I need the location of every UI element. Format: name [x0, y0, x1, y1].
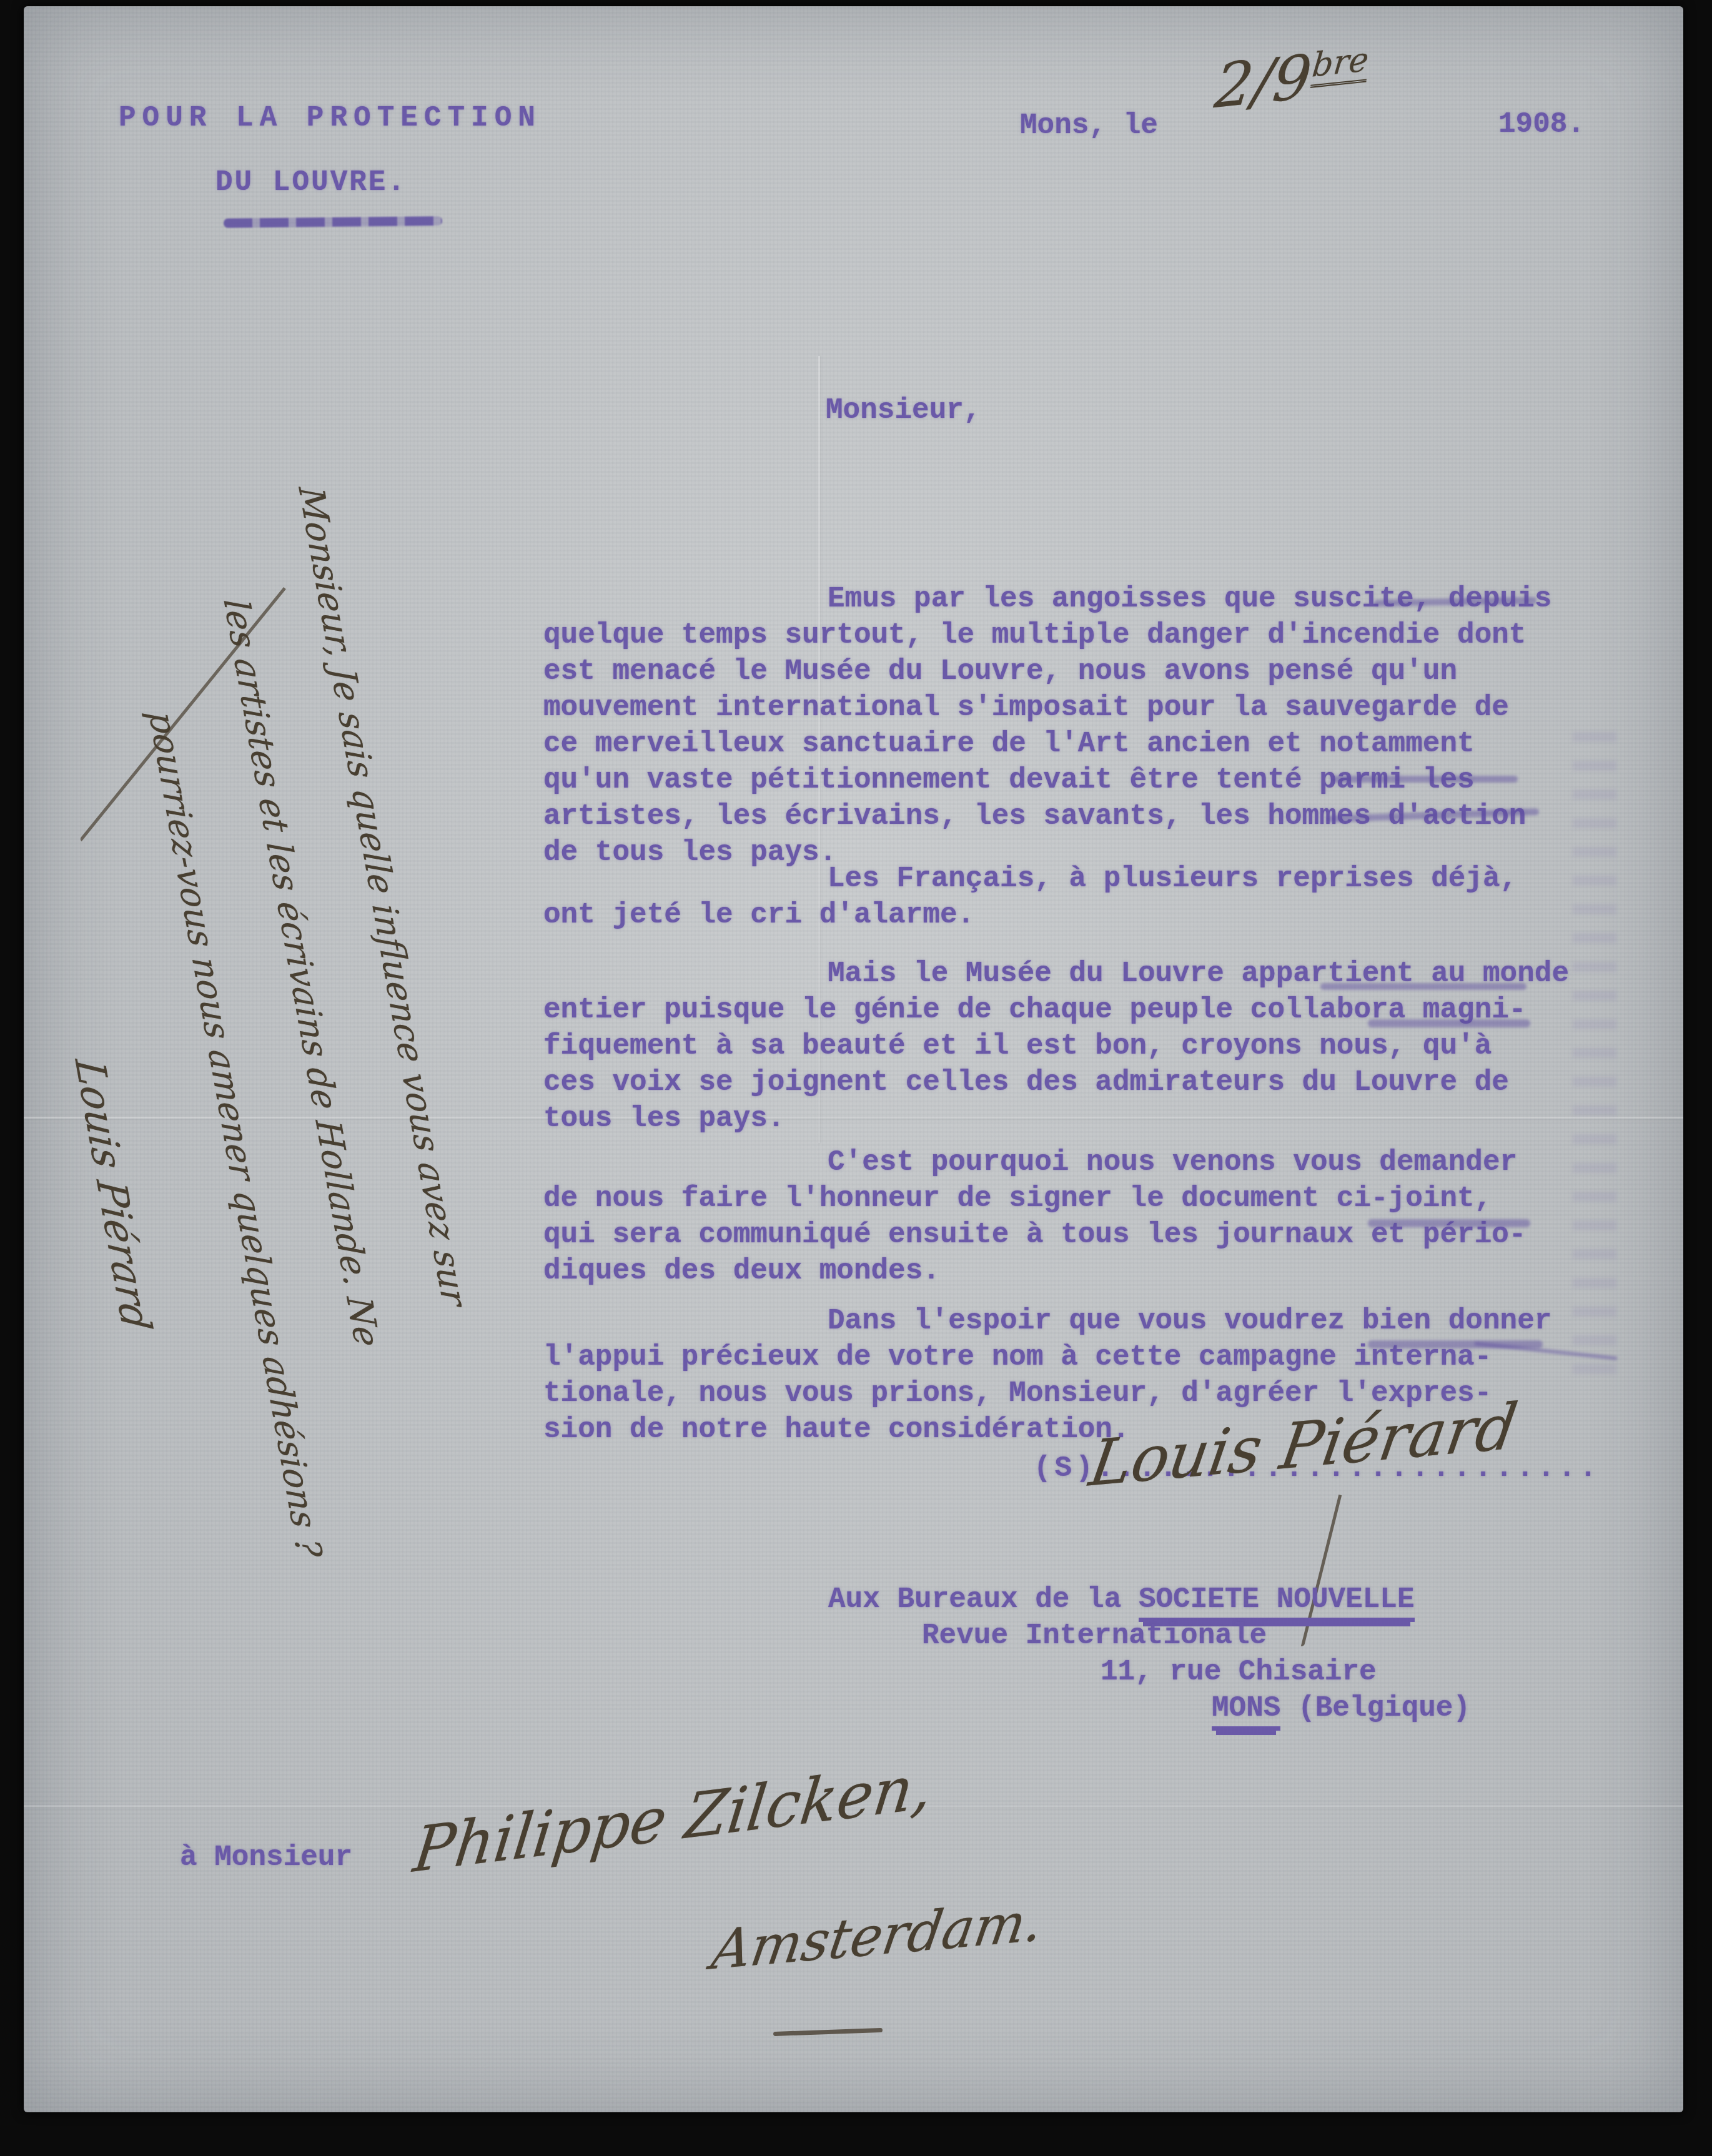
salutation: Monsieur, [826, 392, 981, 428]
recipient-city-handwritten: Amsterdam. [708, 1890, 1047, 1982]
marginalia-line-3: pourriez-vous nous amener quelques adhés… [141, 712, 330, 1557]
overstrike-mark [1368, 1019, 1530, 1027]
letter-page: POUR LA PROTECTION DU LOUVRE. Mons, le 2… [24, 6, 1683, 2112]
sender-address-block: Aux Bureaux de la SOCIETE NOUVELLE Revue… [828, 1581, 1470, 1726]
paragraph-4: C'est pourquoi nous venons vous demander… [543, 1144, 1526, 1289]
marginalia-signature: Louis Piérard [65, 1059, 160, 1331]
address-line-4: MONS (Belgique) [828, 1690, 1470, 1726]
body-line: Les Français, à plusieurs reprises déjà, [543, 861, 1517, 897]
dateline-handwritten-date: 2/9bre [1212, 35, 1371, 122]
body-line: ce merveilleux sanctuaire de l'Art ancie… [543, 726, 1551, 762]
body-line: quelque temps surtout, le multiple dange… [543, 617, 1551, 653]
body-line: est menacé le Musée du Louvre, nous avon… [543, 653, 1551, 690]
overstrike-mark [1368, 1219, 1530, 1227]
recipient-name-handwritten: Philippe Zilcken, [410, 1751, 936, 1887]
paragraph-2: Les Français, à plusieurs reprises déjà,… [543, 861, 1517, 933]
body-line: de nous faire l'honneur de signer le doc… [543, 1180, 1526, 1217]
address-line1-prefix: Aux Bureaux de la [828, 1583, 1139, 1616]
letterhead-underline [224, 216, 442, 228]
overstrike-mark [1330, 776, 1518, 783]
handwritten-month-suffix: bre [1310, 40, 1370, 88]
handwritten-day: 2/9 [1212, 41, 1315, 122]
recipient-underline-stroke [773, 2028, 883, 2036]
body-line: fiquement à sa beauté et il est bon, cro… [543, 1028, 1569, 1064]
body-line: mouvement international s'imposait pour … [543, 690, 1551, 726]
address-line-1: Aux Bureaux de la SOCIETE NOUVELLE [828, 1581, 1470, 1618]
dateline-place: Mons, le [1020, 107, 1158, 144]
paragraph-1: Emus par les angoisses que suscite, depu… [543, 581, 1551, 871]
letterhead-line1: POUR LA PROTECTION [119, 100, 542, 136]
address-line-3: 11, rue Chisaire [828, 1654, 1470, 1690]
dateline-year: 1908. [1498, 106, 1585, 142]
address-city: MONS [1212, 1692, 1280, 1731]
body-line: ont jeté le cri d'alarme. [543, 897, 1517, 933]
ink-showthrough [1573, 718, 1616, 1374]
overstrike-mark [1320, 983, 1526, 990]
scan-background: { "letterhead": { "line1": "POUR LA PROT… [0, 0, 1712, 2156]
body-line: diques des deux mondes. [543, 1253, 1526, 1289]
body-line: Dans l'espoir que vous voudrez bien donn… [543, 1303, 1551, 1339]
address-line-2: Revue Internationale [828, 1618, 1470, 1654]
body-line: ces voix se joignent celles des admirate… [543, 1064, 1569, 1100]
body-line: C'est pourquoi nous venons vous demander [543, 1144, 1526, 1180]
address-society-name: SOCIETE NOUVELLE [1139, 1583, 1415, 1622]
address-country: (Belgique) [1280, 1692, 1470, 1724]
recipient-typed: à Monsieur [180, 1839, 352, 1876]
body-line: tous les pays. [543, 1100, 1569, 1137]
letterhead-line2: DU LOUVRE. [215, 164, 407, 200]
